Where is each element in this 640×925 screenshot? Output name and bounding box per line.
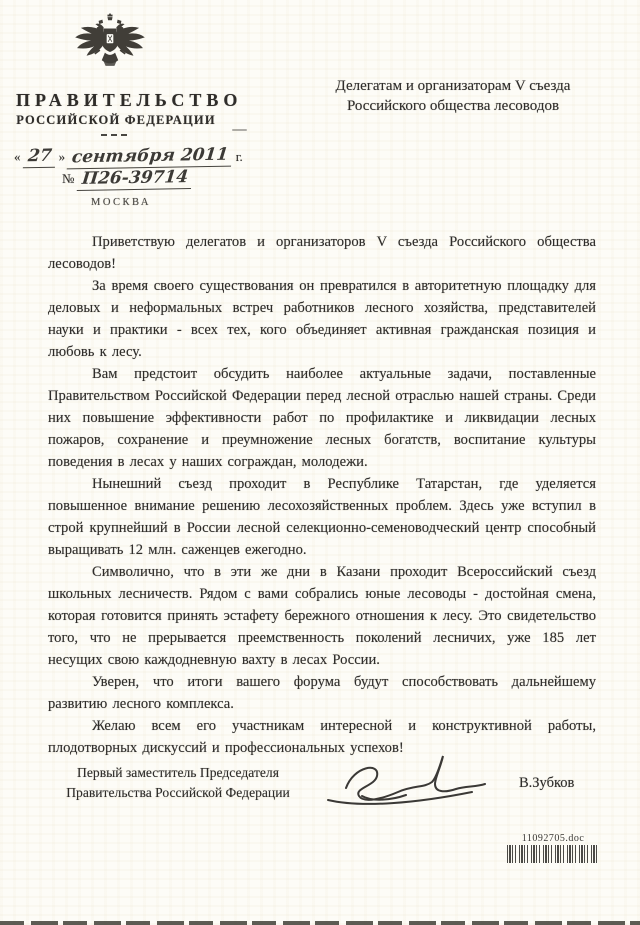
signer-name: В.Зубков: [519, 775, 574, 792]
signer-title-line1: Первый заместитель Председателя: [40, 763, 316, 783]
number-label: №: [62, 171, 74, 186]
doc-filename: 11092705.doc: [504, 833, 602, 844]
signer-title-line2: Правительства Российской Федерации: [40, 783, 316, 803]
coat-of-arms-eagle-icon: [72, 12, 148, 78]
handwritten-day: 27: [23, 146, 57, 169]
letter-body: Приветствую делегатов и организаторов V …: [48, 231, 596, 759]
date-open-quote: «: [14, 149, 21, 164]
scan-stray-mark: [232, 129, 247, 131]
paragraph: Вам предстоит обсудить наиболее актуальн…: [48, 363, 596, 473]
document-code-block: 11092705.doc: [504, 833, 602, 863]
addressee-line2: Российского общества лесоводов: [308, 96, 598, 116]
paragraph: За время своего существования он преврат…: [48, 275, 596, 363]
barcode-icon: [507, 845, 599, 863]
paragraph: Нынешний съезд проходит в Республике Тат…: [48, 473, 596, 561]
handwritten-month-year: сентября 2011: [67, 145, 234, 170]
addressee-line1: Делегатам и организаторам V съезда: [308, 76, 598, 96]
registration-number-line: № П26-39714: [62, 168, 222, 190]
org-name-line2: РОССИЙСКОЙ ФЕДЕРАЦИИ: [14, 113, 218, 128]
signer-title: Первый заместитель Председателя Правител…: [40, 763, 316, 803]
org-name-line1: ПРАВИТЕЛЬСТВО: [16, 90, 216, 111]
paragraph: Приветствую делегатов и организаторов V …: [48, 231, 596, 275]
date-close-quote: »: [59, 149, 66, 164]
addressee-block: Делегатам и организаторам V съезда Росси…: [308, 76, 598, 116]
scan-edge-artifact: [0, 921, 640, 925]
scanned-letter: ПРАВИТЕЛЬСТВО РОССИЙСКОЙ ФЕДЕРАЦИИ « 27 …: [0, 0, 640, 925]
paragraph: Уверен, что итоги вашего форума будут сп…: [48, 671, 596, 715]
date-era-suffix: г.: [236, 149, 243, 164]
paragraph: Символично, что в эти же дни в Казани пр…: [48, 561, 596, 671]
handwritten-number: П26-39714: [76, 167, 192, 191]
date-line: « 27 » сентября 2011 г.: [14, 146, 229, 168]
city-label: МОСКВА: [66, 197, 176, 208]
signature-icon: [322, 748, 502, 820]
letterhead-divider: [101, 134, 127, 136]
